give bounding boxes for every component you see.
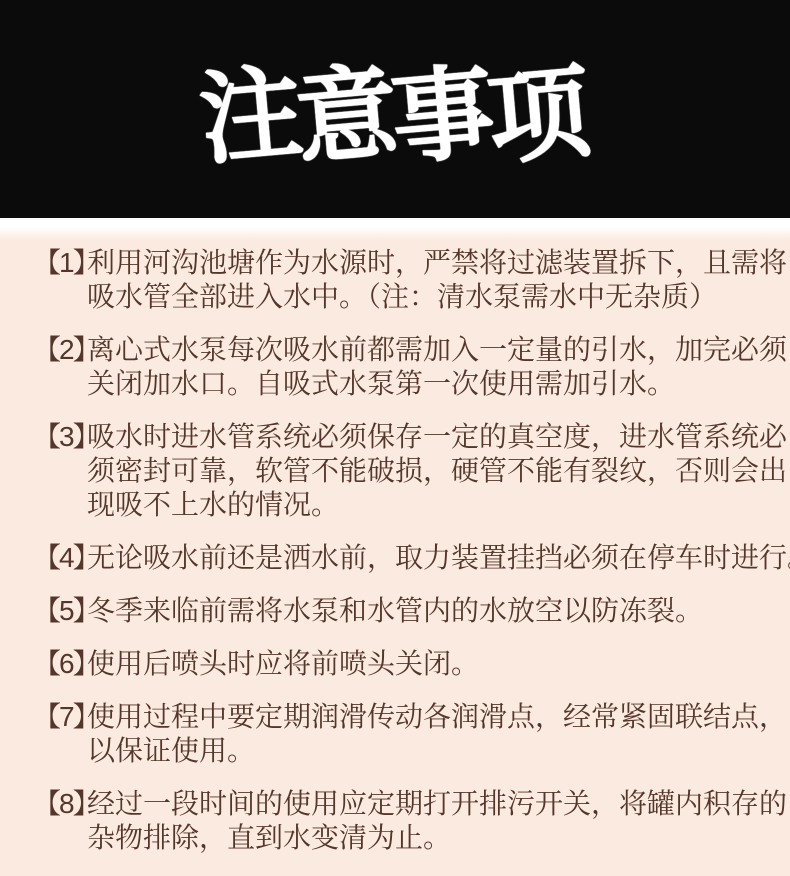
note-item-text: 利用河沟池塘作为水源时，严禁将过滤装置拆下，且需将吸水管全部进入水中。（注：清水… [87,246,760,314]
note-item-text: 无论吸水前还是洒水前，取力装置挂挡必须在停车时进行。 [87,541,760,575]
note-item: 【5】 冬季来临前需将水泵和水管内的水放空以防冻裂。 [33,594,760,628]
title-char: 事 [388,61,499,172]
header-divider-band [0,218,790,240]
note-line: 须密封可靠，软管不能破损，硬管不能有裂纹，否则会出 [87,454,760,488]
note-item: 【2】 离心式水泵每次吸水前都需加入一定量的引水，加完必须关闭加水口。自吸式水泵… [33,333,760,401]
note-item-number: 【3】 [33,420,99,454]
note-item-number: 【7】 [33,700,99,734]
note-line: 利用河沟池塘作为水源时，严禁将过滤装置拆下，且需将 [87,246,760,280]
note-line: 吸水管全部进入水中。（注：清水泵需水中无杂质） [87,280,760,314]
note-item-text: 使用过程中要定期润滑传动各润滑点，经常紧固联结点，以保证使用。 [87,700,760,768]
note-item-number: 【4】 [33,541,99,575]
note-item: 【6】 使用后喷头时应将前喷头关闭。 [33,647,760,681]
note-item: 【7】 使用过程中要定期润滑传动各润滑点，经常紧固联结点，以保证使用。 [33,700,760,768]
page-title: 注 意 事 项 [203,51,587,167]
title-char: 意 [292,61,403,172]
note-line: 关闭加水口。自吸式水泵第一次使用需加引水。 [87,367,760,401]
note-line: 使用后喷头时应将前喷头关闭。 [87,647,760,681]
header-banner: 注 意 事 项 [0,0,790,218]
note-line: 杂物排除，直到水变清为止。 [87,821,760,855]
note-line: 冬季来临前需将水泵和水管内的水放空以防冻裂。 [87,594,760,628]
title-char: 项 [484,61,595,172]
note-item: 【1】 利用河沟池塘作为水源时，严禁将过滤装置拆下，且需将吸水管全部进入水中。（… [33,246,760,314]
note-line: 无论吸水前还是洒水前，取力装置挂挡必须在停车时进行。 [87,541,760,575]
note-item-text: 冬季来临前需将水泵和水管内的水放空以防冻裂。 [87,594,760,628]
note-item-number: 【6】 [33,647,99,681]
notes-list: 【1】 利用河沟池塘作为水源时，严禁将过滤装置拆下，且需将吸水管全部进入水中。（… [0,240,790,855]
note-line: 经过一段时间的使用应定期打开排污开关，将罐内积存的 [87,787,760,821]
note-item-number: 【8】 [33,787,99,821]
note-line: 使用过程中要定期润滑传动各润滑点，经常紧固联结点， [87,700,760,734]
notice-page: 注 意 事 项 【1】 利用河沟池塘作为水源时，严禁将过滤装置拆下，且需将吸水管… [0,0,790,876]
note-item: 【4】 无论吸水前还是洒水前，取力装置挂挡必须在停车时进行。 [33,541,760,575]
note-item-text: 离心式水泵每次吸水前都需加入一定量的引水，加完必须关闭加水口。自吸式水泵第一次使… [87,333,760,401]
note-item-number: 【5】 [33,594,99,628]
note-item-text: 吸水时进水管系统必须保存一定的真空度，进水管系统必须密封可靠，软管不能破损，硬管… [87,420,760,522]
note-line: 吸水时进水管系统必须保存一定的真空度，进水管系统必 [87,420,760,454]
note-line: 现吸不上水的情况。 [87,488,760,522]
note-line: 离心式水泵每次吸水前都需加入一定量的引水，加完必须 [87,333,760,367]
note-item: 【8】 经过一段时间的使用应定期打开排污开关，将罐内积存的杂物排除，直到水变清为… [33,787,760,855]
note-line: 以保证使用。 [87,734,760,768]
note-item-number: 【1】 [33,246,99,280]
note-item: 【3】 吸水时进水管系统必须保存一定的真空度，进水管系统必须密封可靠，软管不能破… [33,420,760,522]
title-char: 注 [196,61,307,172]
note-item-text: 经过一段时间的使用应定期打开排污开关，将罐内积存的杂物排除，直到水变清为止。 [87,787,760,855]
note-item-text: 使用后喷头时应将前喷头关闭。 [87,647,760,681]
note-item-number: 【2】 [33,333,99,367]
